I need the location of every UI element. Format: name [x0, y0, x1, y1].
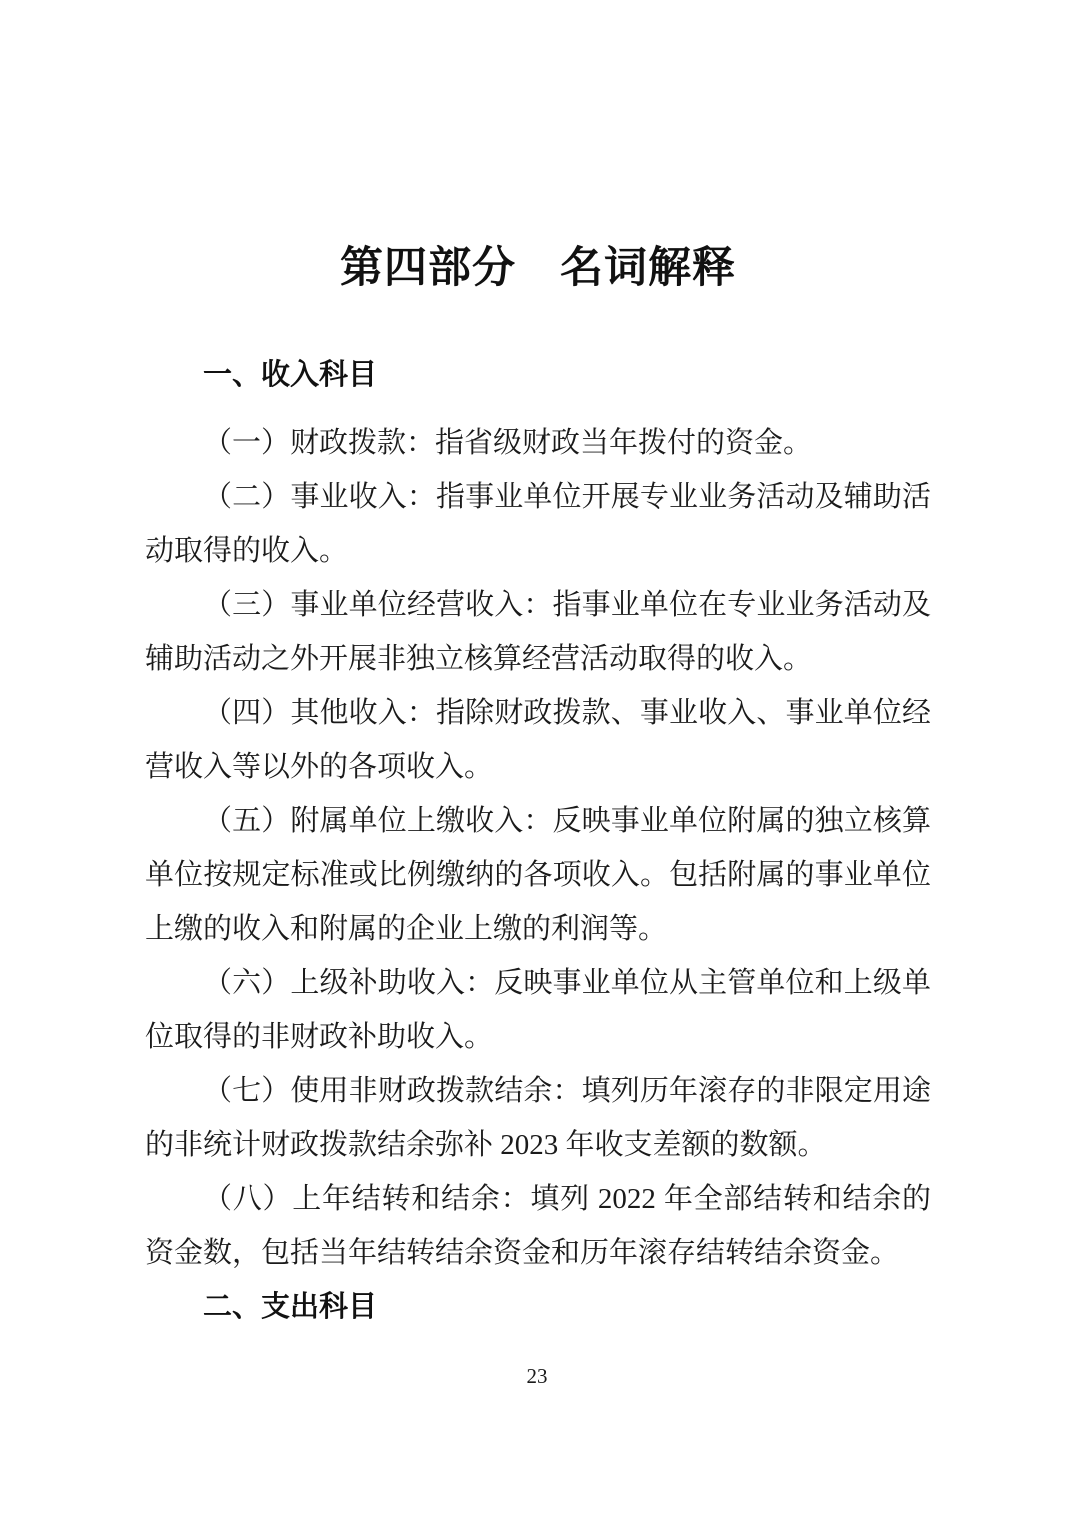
paragraph-income-3: （三）事业单位经营收入：指事业单位在专业业务活动及辅助活动之外开展非独立核算经营… — [145, 578, 931, 686]
section-heading-expenditure: 二、支出科目 — [145, 1280, 931, 1334]
paragraph-income-4: （四）其他收入：指除财政拨款、事业收入、事业单位经营收入等以外的各项收入。 — [145, 686, 931, 794]
paragraph-income-8: （八）上年结转和结余：填列 2022 年全部结转和结余的资金数，包括当年结转结余… — [145, 1172, 931, 1280]
paragraph-income-2: （二）事业收入：指事业单位开展专业业务活动及辅助活动取得的收入。 — [145, 470, 931, 578]
section-expenditure: 二、支出科目 — [145, 1280, 931, 1334]
document-page: 第四部分 名词解释 一、收入科目 （一）财政拨款：指省级财政当年拨付的资金。 （… — [0, 0, 1074, 1520]
paragraph-income-5: （五）附属单位上缴收入：反映事业单位附属的独立核算单位按规定标准或比例缴纳的各项… — [145, 794, 931, 956]
page-title: 第四部分 名词解释 — [145, 238, 931, 298]
income-definitions: （一）财政拨款：指省级财政当年拨付的资金。 （二）事业收入：指事业单位开展专业业… — [145, 416, 931, 1280]
page-footer: 23 — [0, 1364, 1074, 1389]
section-heading-income: 一、收入科目 — [145, 348, 931, 402]
document-content: 第四部分 名词解释 一、收入科目 （一）财政拨款：指省级财政当年拨付的资金。 （… — [145, 0, 931, 1334]
paragraph-income-1: （一）财政拨款：指省级财政当年拨付的资金。 — [145, 416, 931, 470]
paragraph-income-7: （七）使用非财政拨款结余：填列历年滚存的非限定用途的非统计财政拨款结余弥补 20… — [145, 1064, 931, 1172]
section-income: 一、收入科目 （一）财政拨款：指省级财政当年拨付的资金。 （二）事业收入：指事业… — [145, 348, 931, 1280]
paragraph-income-6: （六）上级补助收入：反映事业单位从主管单位和上级单位取得的非财政补助收入。 — [145, 956, 931, 1064]
page-number: 23 — [527, 1364, 548, 1388]
